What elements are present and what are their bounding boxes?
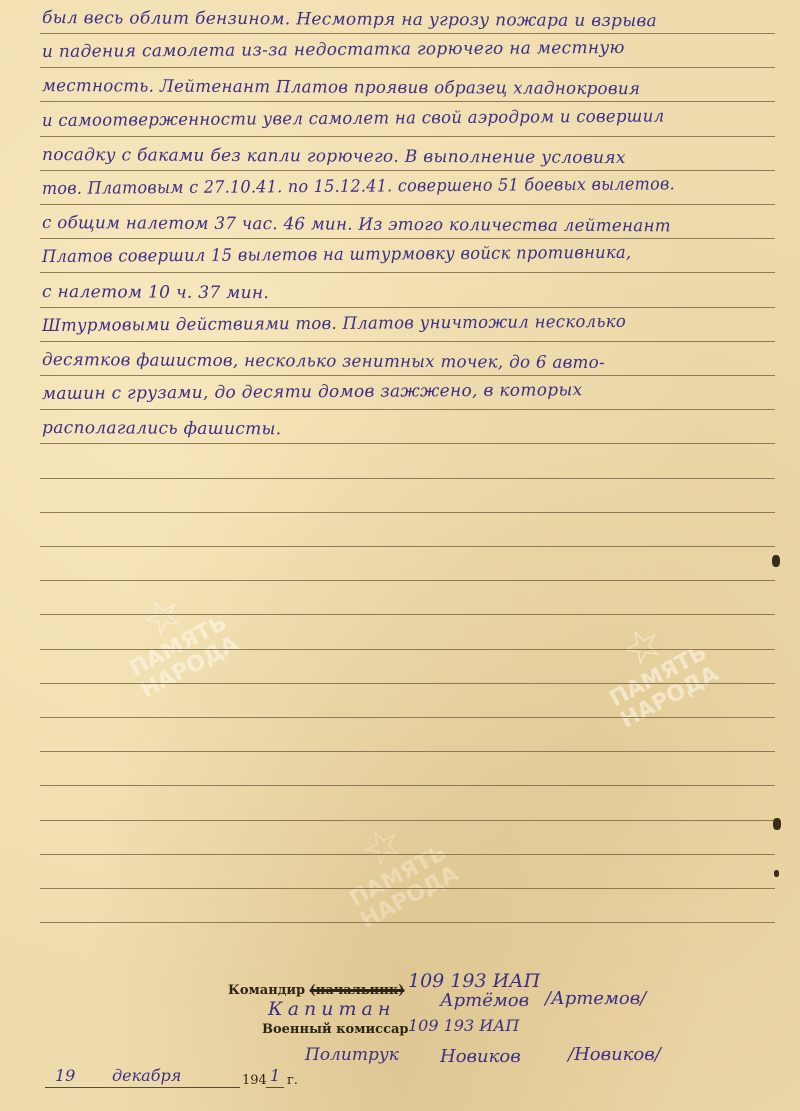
ruled-line [40,272,775,273]
ruled-line [40,614,775,615]
watermark: ☆ ПАМЯТЬ НАРОДА [584,600,723,733]
commander-signature: Артёмов [440,990,529,1011]
commissar-label: Военный комиссар [262,1022,409,1037]
ruled-line [40,409,775,410]
ruled-line [40,785,775,786]
handwritten-line: местность. Лейтенант Платов проявив обра… [42,76,767,100]
ruled-line [40,341,775,342]
ruled-line [40,751,775,752]
punch-hole [773,818,781,830]
ruled-line [40,717,775,718]
ruled-line [40,136,775,137]
handwritten-line: с общим налетом 37 час. 46 мин. Из этого… [42,213,767,237]
date-day: 19 [55,1066,75,1085]
commissar-signature: Новиков [440,1046,521,1067]
punch-hole [774,870,779,877]
ruled-line [40,922,775,923]
handwritten-line: был весь облит бензином. Несмотря на угр… [42,8,782,32]
ruled-line [40,478,775,479]
ruled-line [40,307,775,308]
ruled-line [40,33,775,34]
ruled-line [40,649,775,650]
handwritten-line: с налетом 10 ч. 37 мин. [42,282,782,306]
commander-label: Командир (начальник) [228,983,404,998]
ruled-line [40,546,775,547]
ruled-line [40,888,775,889]
handwritten-line: посадку с баками без капли горючего. В в… [42,145,782,169]
date-year-suffix: г. [287,1073,298,1088]
commander-rank: Капитан [268,998,395,1020]
handwritten-line: тов. Платовым с 27.10.41. по 15.12.41. с… [42,174,738,199]
commander-name: /Артемов/ [545,988,646,1009]
ruled-line [40,854,775,855]
handwritten-line: машин с грузами, до десяти домов зажжено… [42,379,782,404]
commissar-rank: Политрук [305,1045,399,1065]
ruled-line [40,375,775,376]
ruled-line [40,512,775,513]
ruled-line [40,580,775,581]
commander-label-struck: (начальник) [310,983,405,998]
ruled-line [40,67,775,68]
date-year-prefix: 194 [242,1073,267,1088]
handwritten-line: Платов совершил 15 вылетов на штурмовку … [42,242,753,267]
date-underline [45,1087,240,1088]
handwritten-line: десятков фашистов, несколько зенитных то… [42,350,767,374]
year-underline [266,1087,284,1088]
ruled-line [40,238,775,239]
ruled-line [40,443,775,444]
document-page: ☆ ПАМЯТЬ НАРОДА ☆ ПАМЯТЬ НАРОДА ☆ ПАМЯТЬ… [0,0,800,1111]
ruled-line [40,170,775,171]
date-month: декабря [112,1066,181,1085]
commissar-unit: 109 193 ИАП [408,1016,519,1035]
handwritten-line: и падения самолета из-за недостатка горю… [42,37,782,62]
handwritten-line: Штурмовыми действиями тов. Платов уничто… [42,311,760,336]
ruled-line [40,820,775,821]
ruled-line [40,101,775,102]
handwritten-line: располагались фашисты. [42,418,782,442]
commissar-name: /Новиков/ [568,1044,661,1065]
handwritten-line: и самоотверженности увел самолет на свой… [42,105,760,130]
punch-hole [772,555,780,567]
ruled-line [40,204,775,205]
commander-unit: 109 193 ИАП [408,970,540,992]
date-year-digit: 1 [270,1066,280,1085]
ruled-line [40,683,775,684]
